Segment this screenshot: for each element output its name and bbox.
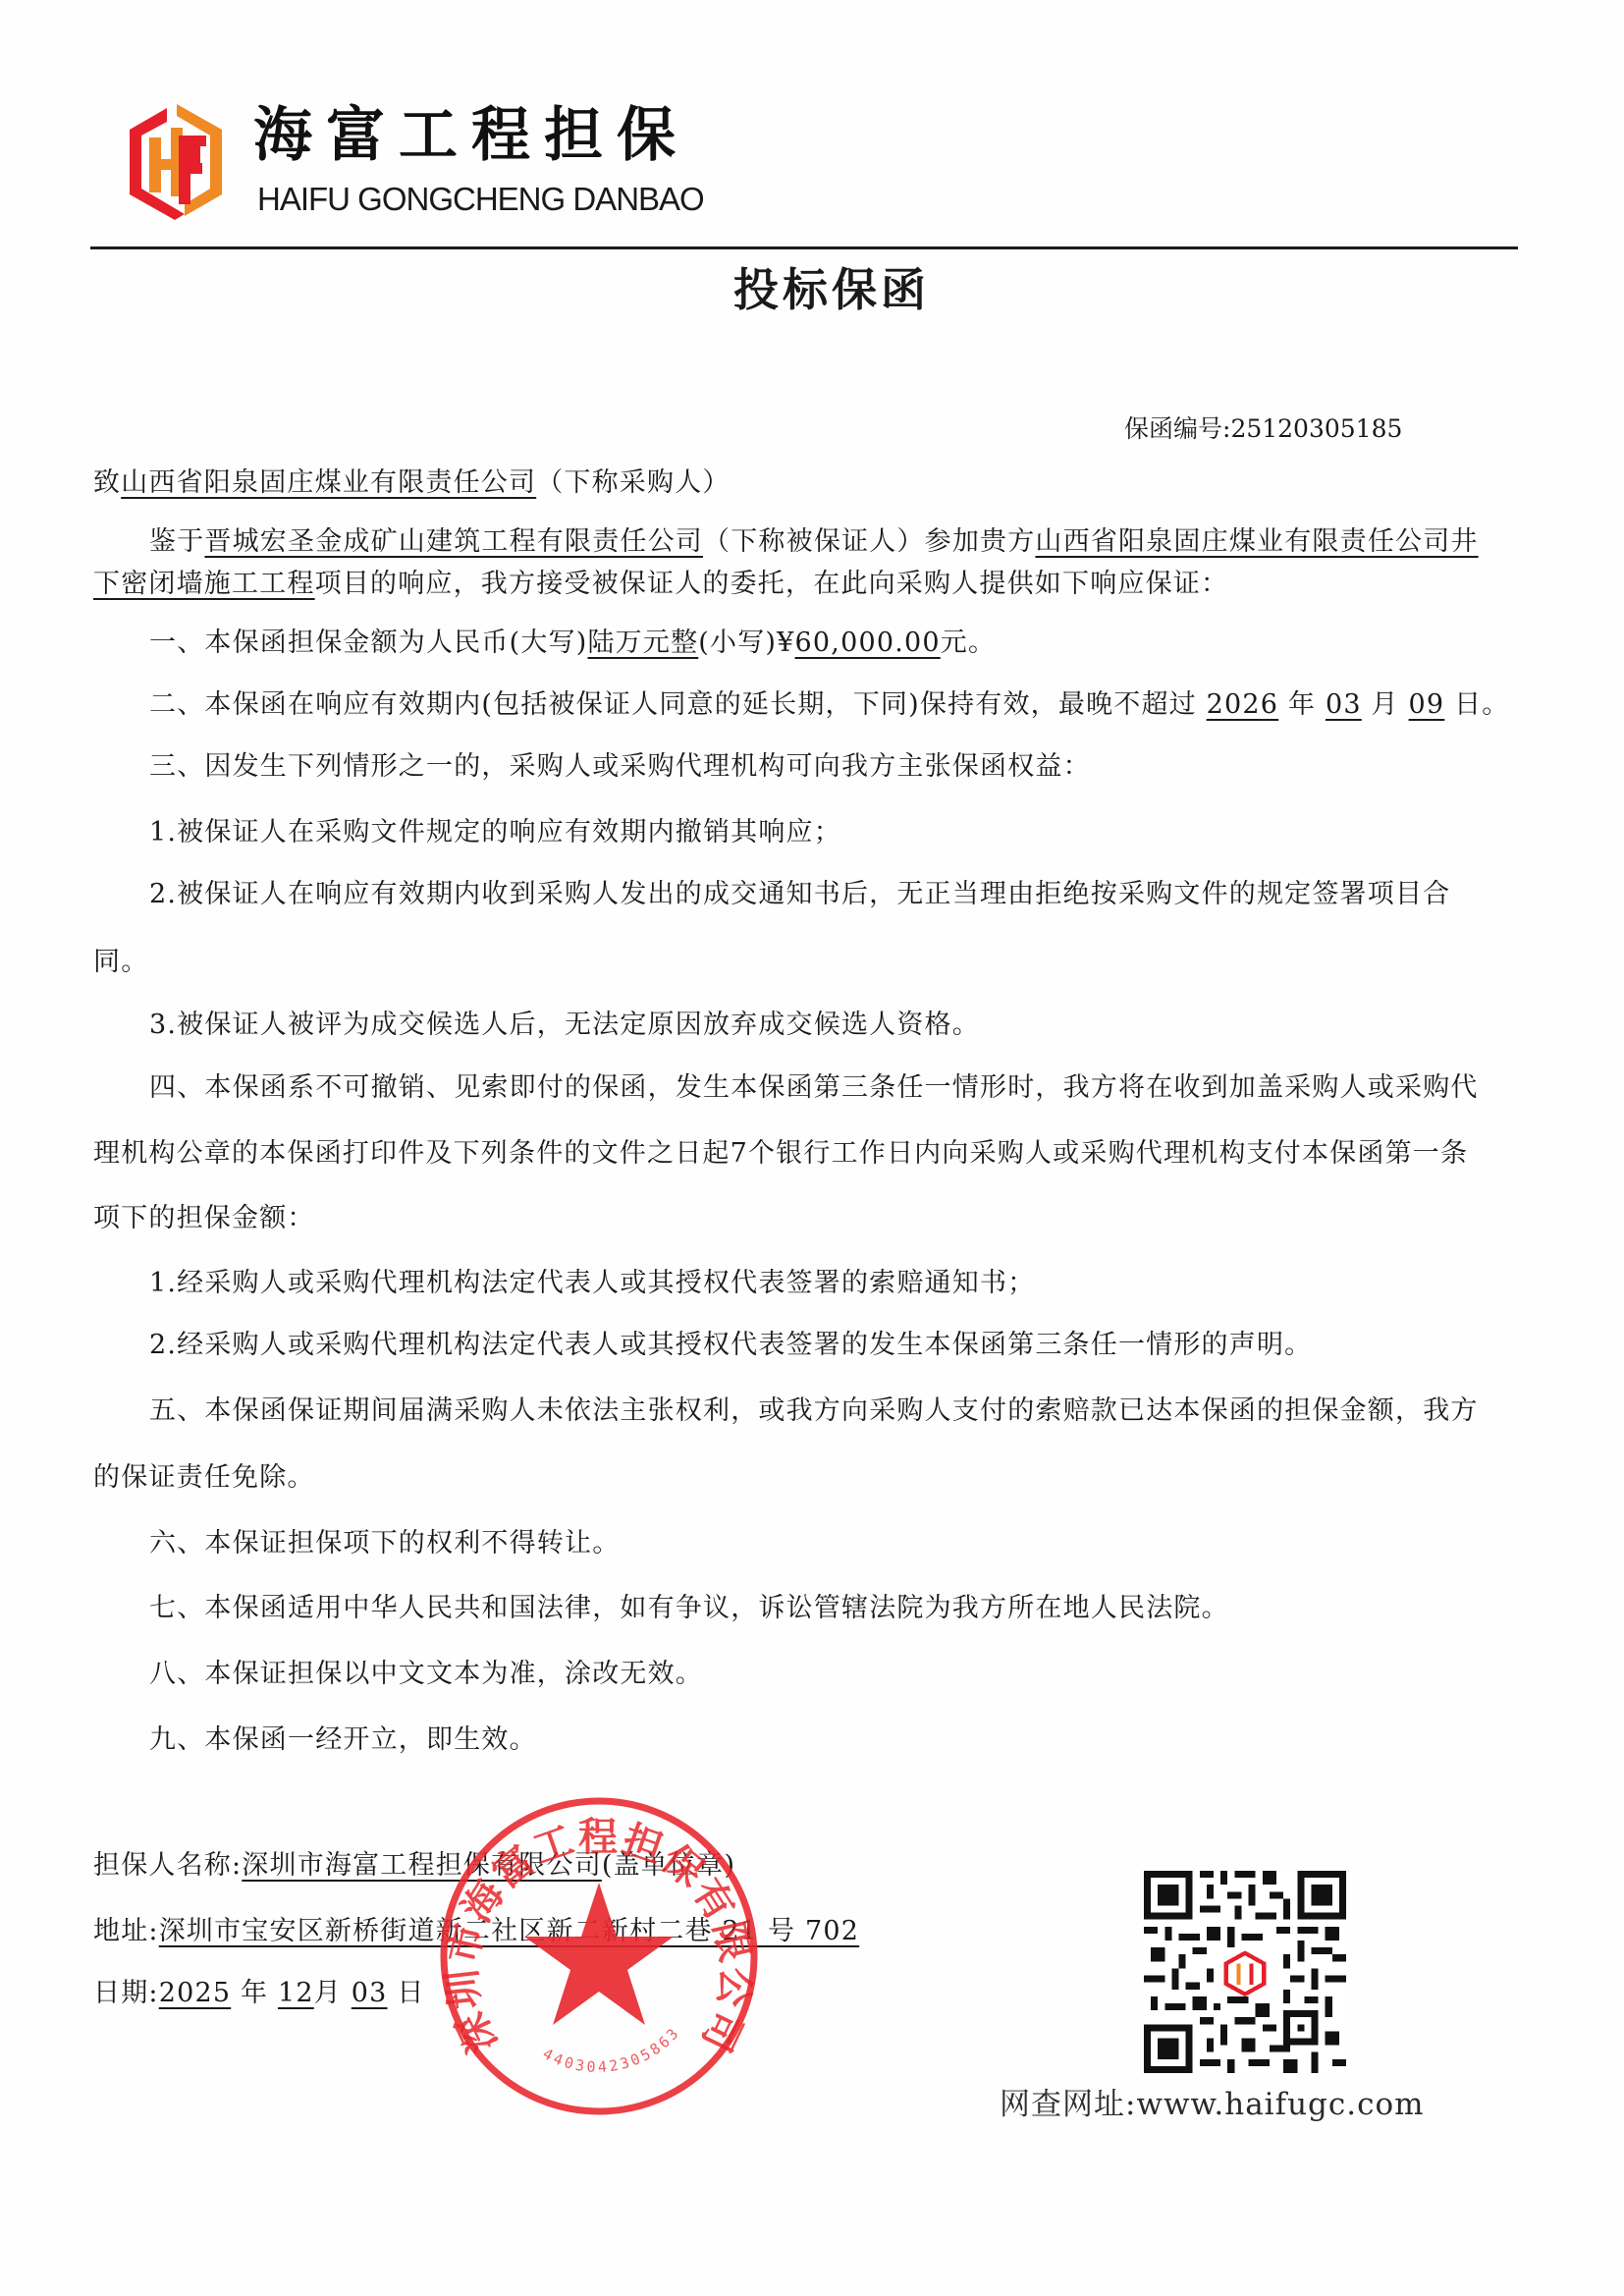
intro-line-2: 下密闭墙施工工程项目的响应，我方接受被保证人的委托，在此向采购人提供如下响应保证… xyxy=(93,571,1228,597)
project-name-cont: 下密闭墙施工工程 xyxy=(93,569,315,599)
intro-text: 鉴于 xyxy=(149,526,204,557)
date-month: 12 xyxy=(278,1978,314,2008)
brand-name-cn: 海富工程担保 xyxy=(253,106,689,165)
document-title: 投标保函 xyxy=(0,267,1624,312)
guarantor-line: 担保人名称:深圳市海富工程担保有限公司(盖单位章) xyxy=(93,1852,735,1879)
intro-text: 项目的响应，我方接受被保证人的委托，在此向采购人提供如下响应保证： xyxy=(315,569,1229,599)
stamp-star-icon xyxy=(524,1883,674,2025)
unit-text: 日 xyxy=(397,1978,424,2008)
addressee-prefix: 致 xyxy=(93,467,121,498)
addressee-suffix: （下称采购人） xyxy=(536,467,730,498)
amount-in-words: 陆万元整 xyxy=(587,628,698,658)
clause-8: 八、本保证担保以中文文本为准，涂改无效。 xyxy=(149,1661,703,1687)
clause-7: 七、本保函适用中华人民共和国法律，如有争议，诉讼管辖法院为我方所在地人民法院。 xyxy=(149,1595,1229,1621)
website-label: 网查网址: xyxy=(1000,2087,1136,2122)
header-divider xyxy=(90,246,1518,249)
verification-qr-code[interactable] xyxy=(1144,1871,1346,2073)
clause-3-heading: 三、因发生下列情形之一的，采购人或采购代理机构可向我方主张保函权益： xyxy=(149,753,1091,780)
unit-text: 年 xyxy=(241,1978,268,2008)
haifu-logo-icon xyxy=(116,98,234,226)
unit-text: 月 xyxy=(314,1978,342,2008)
clause-5-line-2: 的保证责任免除。 xyxy=(93,1464,315,1491)
date-line: 日期:2025 年 12月 03 日 xyxy=(93,1980,425,2006)
clause-4-line-2: 理机构公章的本保函打印件及下列条件的文件之日起7个银行工作日内向采购人或采购代理… xyxy=(93,1140,1468,1167)
clause-1: 一、本保函担保金额为人民币(大写)陆万元整(小写)¥60,000.00元。 xyxy=(149,629,996,656)
expiry-year: 2026 xyxy=(1207,689,1279,720)
applicant-name: 晋城宏圣金成矿山建筑工程有限责任公司 xyxy=(204,526,703,557)
unit-text: 年 xyxy=(1288,689,1316,720)
clause-3-item-2: 2.被保证人在响应有效期内收到采购人发出的成交通知书后，无正当理由拒绝按采购文件… xyxy=(149,881,1450,907)
date-year: 2025 xyxy=(159,1978,232,2008)
company-seal-stamp: 深圳市海富工程担保有限公司 4403042305863 xyxy=(432,1789,766,2123)
intro-text: （下称被保证人）参加贵方 xyxy=(703,526,1035,557)
clause-3-item-2-cont: 同。 xyxy=(93,949,148,975)
clause-5-line-1: 五、本保函保证期间届满采购人未依法主张权利，或我方向采购人支付的索赔款已达本保函… xyxy=(149,1397,1479,1424)
date-day: 03 xyxy=(352,1978,388,2008)
clause-4-item-2: 2.经采购人或采购代理机构法定代表人或其授权代表签署的发生本保函第三条任一情形的… xyxy=(149,1332,1312,1358)
date-label: 日期: xyxy=(93,1978,159,2008)
guarantor-note: (盖单位章) xyxy=(602,1850,735,1881)
address-label: 地址: xyxy=(93,1916,159,1946)
clause-text: 元。 xyxy=(941,628,996,658)
unit-text: 日。 xyxy=(1454,689,1509,720)
clause-text: 二、本保函在响应有效期内(包括被保证人同意的延长期，下同)保持有效，最晚不超过 xyxy=(149,689,1197,720)
clause-2: 二、本保函在响应有效期内(包括被保证人同意的延长期，下同)保持有效，最晚不超过 … xyxy=(149,691,1510,718)
amount-in-figures: 60,000.00 xyxy=(795,628,941,658)
clause-3-item-3: 3.被保证人被评为成交候选人后，无法定原因放弃成交候选人资格。 xyxy=(149,1011,980,1038)
clause-9: 九、本保函一经开立，即生效。 xyxy=(149,1726,537,1753)
bid-guarantee-letter: 海富工程担保 HAIFU GONGCHENG DANBAO 投标保函 保函编号:… xyxy=(0,0,1624,2296)
clause-text: 一、本保函担保金额为人民币(大写) xyxy=(149,628,587,658)
expiry-month: 03 xyxy=(1326,689,1362,720)
clause-6: 六、本保证担保项下的权利不得转让。 xyxy=(149,1530,620,1557)
guarantee-serial: 保函编号:25120305185 xyxy=(1124,416,1402,441)
serial-number: 25120305185 xyxy=(1230,414,1402,443)
guarantor-name: 深圳市海富工程担保有限公司 xyxy=(242,1850,602,1881)
clause-4-item-1: 1.经采购人或采购代理机构法定代表人或其授权代表签署的索赔通知书； xyxy=(149,1270,1035,1296)
serial-label: 保函编号: xyxy=(1124,414,1230,443)
addressee-line: 致山西省阳泉固庄煤业有限责任公司（下称采购人） xyxy=(93,469,731,496)
svg-text:4403042305863: 4403042305863 xyxy=(540,2023,684,2076)
unit-text: 月 xyxy=(1372,689,1399,720)
website-link[interactable]: www.haifugc.com xyxy=(1136,2087,1424,2122)
clause-4-line-3: 项下的担保金额： xyxy=(93,1205,315,1231)
intro-line-1: 鉴于晋城宏圣金成矿山建筑工程有限责任公司（下称被保证人）参加贵方山西省阳泉固庄煤… xyxy=(149,528,1479,555)
project-name: 山西省阳泉固庄煤业有限责任公司井 xyxy=(1035,526,1478,557)
expiry-day: 09 xyxy=(1409,689,1445,720)
clause-3-item-1: 1.被保证人在采购文件规定的响应有效期内撤销其响应； xyxy=(149,819,841,846)
website-line: 网查网址:www.haifugc.com xyxy=(1000,2090,1425,2120)
addressee-name: 山西省阳泉固庄煤业有限责任公司 xyxy=(121,467,536,498)
brand-name-en: HAIFU GONGCHENG DANBAO xyxy=(257,183,704,215)
address-value: 深圳市宝安区新桥街道新二社区新二新村二巷 21 号 702 xyxy=(159,1916,859,1946)
guarantor-label: 担保人名称: xyxy=(93,1850,242,1881)
clause-text: (小写)¥ xyxy=(698,628,794,658)
address-line: 地址:深圳市宝安区新桥街道新二社区新二新村二巷 21 号 702 xyxy=(93,1918,859,1944)
clause-4-line-1: 四、本保函系不可撤销、见索即付的保函，发生本保函第三条任一情形时，我方将在收到加… xyxy=(149,1074,1479,1101)
